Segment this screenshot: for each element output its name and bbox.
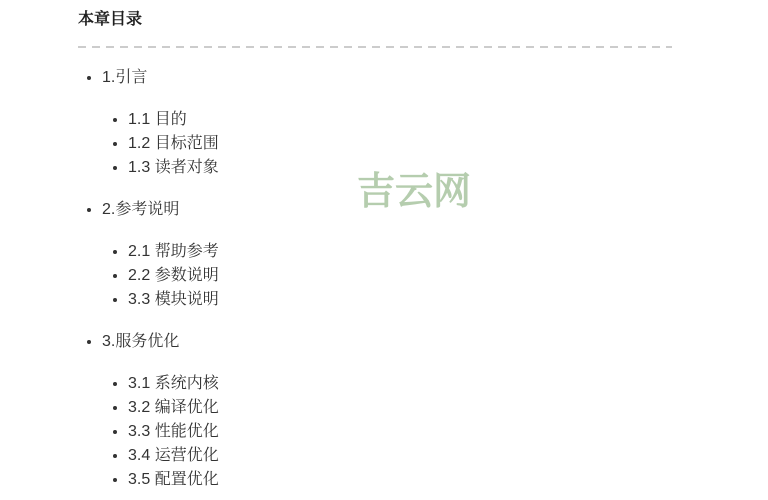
toc-subitem: 3.1 系统内核 <box>128 372 672 396</box>
page-title: 本章目录 <box>78 10 672 30</box>
toc-subitem: 3.5 配置优化 <box>128 468 672 492</box>
toc-subitem-label[interactable]: 3.1 系统内核 <box>128 375 219 392</box>
toc-subitem-label[interactable]: 2.1 帮助参考 <box>128 243 219 260</box>
toc-subitem-label[interactable]: 3.5 配置优化 <box>128 471 219 488</box>
toc-item-label[interactable]: 2.参考说明 <box>102 201 179 218</box>
toc-list: 1.引言 1.1 目的 1.2 目标范围 1.3 读者对象 2.参考说明 2.1… <box>78 66 672 492</box>
toc-subitem: 3.3 模块说明 <box>128 288 672 312</box>
toc-item: 2.参考说明 2.1 帮助参考 2.2 参数说明 3.3 模块说明 <box>102 198 672 312</box>
toc-subitem: 2.2 参数说明 <box>128 264 672 288</box>
toc-subitem-label[interactable]: 3.3 模块说明 <box>128 291 219 308</box>
toc-subitem-label[interactable]: 3.3 性能优化 <box>128 423 219 440</box>
toc-subitem-label[interactable]: 3.4 运营优化 <box>128 447 219 464</box>
toc-subitem: 1.1 目的 <box>128 108 672 132</box>
toc-subitem-label[interactable]: 2.2 参数说明 <box>128 267 219 284</box>
toc-subitem: 3.3 性能优化 <box>128 420 672 444</box>
toc-subitem-label[interactable]: 1.2 目标范围 <box>128 135 219 152</box>
toc-subitem: 1.3 读者对象 <box>128 156 672 180</box>
toc-section: 本章目录 1.引言 1.1 目的 1.2 目标范围 1.3 读者对象 2.参考说… <box>0 0 768 492</box>
toc-sublist: 3.1 系统内核 3.2 编译优化 3.3 性能优化 3.4 运营优化 3.5 … <box>102 372 672 492</box>
toc-subitem-label[interactable]: 1.3 读者对象 <box>128 159 219 176</box>
toc-sublist: 2.1 帮助参考 2.2 参数说明 3.3 模块说明 <box>102 240 672 312</box>
toc-item-label[interactable]: 3.服务优化 <box>102 333 179 350</box>
toc-item-label[interactable]: 1.引言 <box>102 69 147 86</box>
toc-item: 3.服务优化 3.1 系统内核 3.2 编译优化 3.3 性能优化 3.4 运营… <box>102 330 672 492</box>
toc-subitem: 3.2 编译优化 <box>128 396 672 420</box>
article-page: 吉云网 本章目录 1.引言 1.1 目的 1.2 目标范围 1.3 读者对象 2… <box>0 0 768 500</box>
toc-subitem: 1.2 目标范围 <box>128 132 672 156</box>
toc-subitem-label[interactable]: 1.1 目的 <box>128 111 187 128</box>
toc-sublist: 1.1 目的 1.2 目标范围 1.3 读者对象 <box>102 108 672 180</box>
toc-subitem: 3.4 运营优化 <box>128 444 672 468</box>
dashed-divider <box>78 46 672 48</box>
toc-subitem-label[interactable]: 3.2 编译优化 <box>128 399 219 416</box>
toc-item: 1.引言 1.1 目的 1.2 目标范围 1.3 读者对象 <box>102 66 672 180</box>
toc-subitem: 2.1 帮助参考 <box>128 240 672 264</box>
